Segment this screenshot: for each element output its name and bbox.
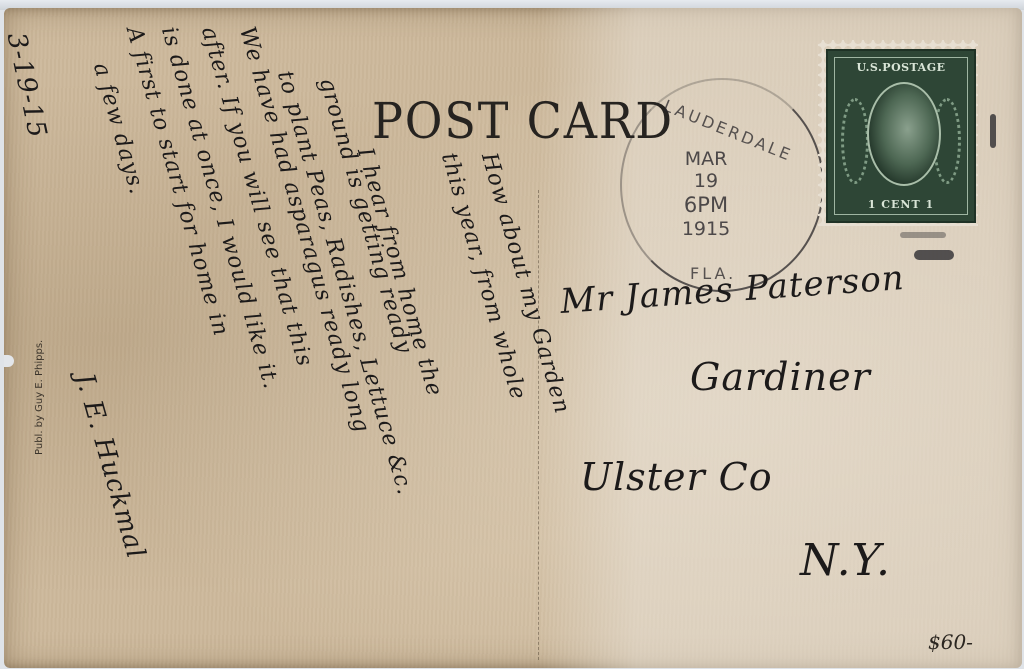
stamp-frame: U.S.POSTAGE 1 CENT 1 [834,57,968,215]
cancel-mark [914,250,954,260]
postmark-day: 19 [676,170,736,192]
center-divider-line [538,190,539,660]
laurel-left-icon [841,98,869,184]
cancel-mark [990,114,996,148]
publisher-credit: Publ. by Guy E. Phipps. [34,340,45,455]
stamp-denomination: 1 CENT 1 [835,198,967,211]
stamp-top-text: U.S.POSTAGE [835,61,967,74]
cancel-mark [900,232,946,238]
price-mark: $60- [928,630,973,654]
portrait-icon [867,82,941,186]
address-county: Ulster Co [580,455,773,499]
postage-stamp: U.S.POSTAGE 1 CENT 1 [826,49,976,223]
address-town: Gardiner [690,355,871,399]
postmark-month: MAR [676,148,736,170]
postmark-year: 1915 [676,218,736,240]
address-state: N.Y. [800,535,891,586]
postmark-time: 6PM [676,194,736,216]
